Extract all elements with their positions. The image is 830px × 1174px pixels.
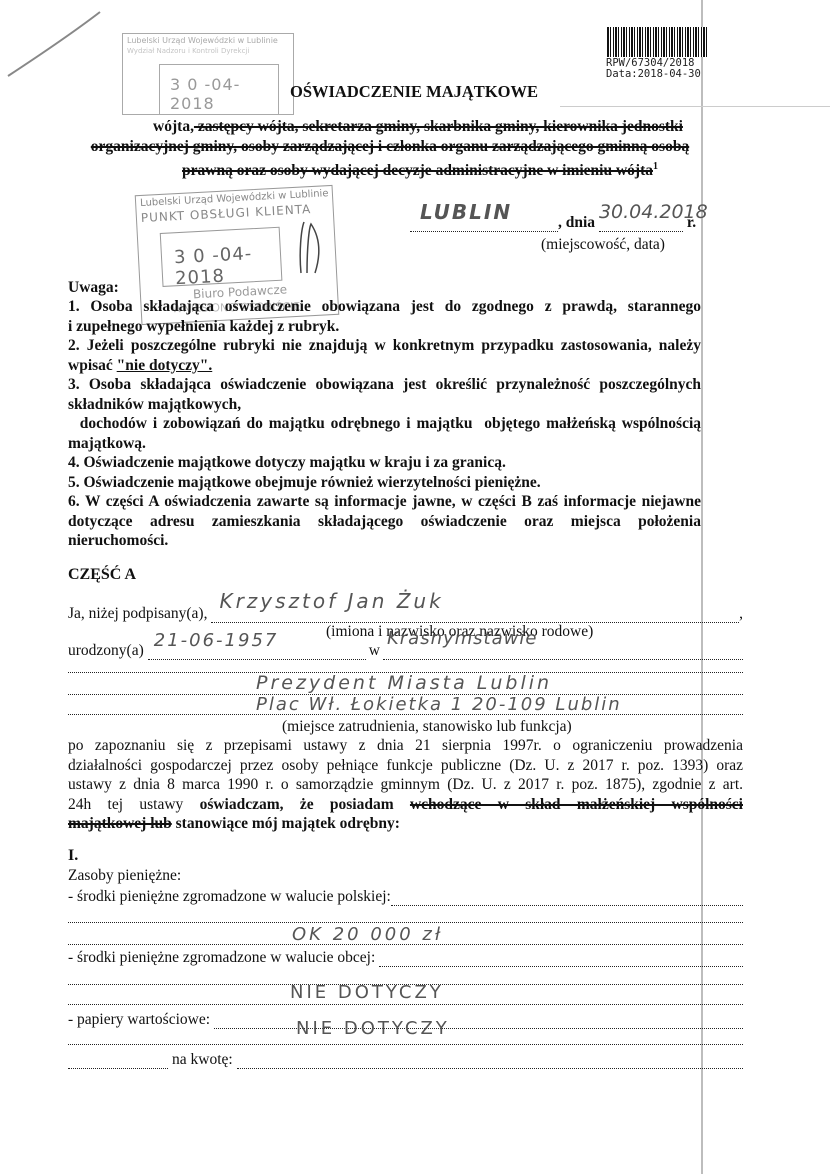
not-applicable-phrase: "nie dotyczy". [117,357,213,374]
notes-heading: Uwaga: [68,278,119,297]
name-label: Ja, niżej podpisany(a), [68,604,207,623]
note-1-line-2: i zupełnego wypełnienia każdej z rubryk. [68,317,701,337]
scan-artifact-line [560,106,830,107]
pln-field-2[interactable] [68,922,743,923]
place-field[interactable]: LUBLIN [410,213,558,232]
date-value: 30.04.2018 [599,203,708,222]
birth-row: urodzony(a) 21-06-1957 w Krasnymstawie [68,641,743,660]
note-2-line-1: 2. Jeżeli poszczególne rubryki nie znajd… [68,336,701,356]
notes-list: 1. Osoba składająca oświadczenie obowiąz… [68,297,701,551]
note-6-line-2: dotyczące adresu zamieszkania składające… [68,512,701,532]
securities-label: - papiery wartościowe: [68,1010,210,1029]
note-4: 4. Oświadczenie majątkowe dotyczy majątk… [68,453,701,473]
legal-line-2: działalności gospodarczej przez osoby pe… [68,756,743,776]
struck-marital-phrase-2: majątkowej lub [68,815,172,832]
stamp-date: 3 0 -04- 2018 [160,65,278,113]
foreign-currency-row: - środki pieniężne zgromadzone w walucie… [68,948,743,967]
note-5: 5. Oświadczenie majątkowe obejmuje równi… [68,473,701,493]
barcode-label: RPW/67304/2018 Data:2018-04-30 [606,58,701,80]
place-value: LUBLIN [420,203,512,222]
footnote-marker[interactable]: 1 [653,161,658,172]
amount-prefix-field[interactable] [68,1054,168,1069]
pln-row: - środki pieniężne zgromadzone w walucie… [68,887,743,906]
note-3-line-1: 3. Osoba składająca oświadczenie obowiąz… [68,375,701,395]
name-value: Krzysztof Jan Żuk [219,592,443,611]
amount-label: na kwotę: [172,1050,233,1069]
note-3-line-4: majątkową. [68,434,701,454]
cash-resources-heading: Zasoby pieniężne: [68,866,181,885]
registry-date: Data:2018-04-30 [606,69,701,80]
subtitle-struck-text-3: prawną oraz osoby wydającej decyzje admi… [182,162,653,179]
birth-date-label: urodzony(a) [68,641,144,660]
section-1-heading: I. [68,847,78,865]
handwritten-initials [295,218,335,278]
place-date-caption: (miejscowość, data) [541,235,665,254]
birth-date-value: 21-06-1957 [154,631,279,650]
note-6-line-1: 6. W części A oświadczenia zawarte są in… [68,492,701,512]
legal-line-1: po zapoznaniu się z przepisami ustawy z … [68,736,743,756]
barcode [607,27,707,57]
legal-line-4: 24h tej ustawy oświadczam, że posiadam w… [68,795,743,815]
stamp-date: 3 0 -04- 2018 [161,228,282,290]
note-3-line-3: dochodów i zobowiązań do majątku odrębne… [68,414,701,434]
subtitle-line-2: organizacyjnej gminy, osoby zarządzające… [60,137,720,156]
note-3-line-2: składników majątkowych, [68,395,701,415]
amount-row: na kwotę: [68,1050,743,1069]
foreign-currency-field-1[interactable] [379,952,743,967]
pln-label: - środki pieniężne zgromadzone w walucie… [68,887,391,906]
note-1-line-1: 1. Osoba składająca oświadczenie obowiąz… [68,297,701,317]
reception-stamp-top: Lubelski Urząd Wojewódzki w Lublinie Wyd… [122,33,294,115]
stamp-department-text: Wydział Nadzoru i Kontroli Dyrekcji [123,47,293,55]
foreign-currency-field-3[interactable] [68,1004,743,1005]
pln-value: OK 20 000 zł [292,924,443,945]
legal-line-5: majątkowej lub stanowiące mój majątek od… [68,814,743,834]
note-2-text: wpisać [68,357,117,374]
subtitle-line-3: prawną oraz osoby wydającej decyzje admi… [120,157,720,180]
securities-field-2[interactable] [68,1044,743,1045]
date-field[interactable]: 30.04.2018 [599,213,683,232]
name-field[interactable]: Krzysztof Jan Żuk [211,606,739,623]
pen-stroke-mark [0,0,110,90]
foreign-currency-value: NIE DOTYCZY [290,982,444,1003]
subtitle-kept-text: wójta, [153,118,194,135]
pln-field-1[interactable] [391,891,743,906]
part-a-heading: CZĘŚĆ A [68,566,136,584]
legal-line-3: ustawy z dnia 8 marca 1990 r. o samorząd… [68,775,743,795]
legal-line-4-text: 24h tej ustawy [68,796,200,813]
birth-place-label: w [369,641,380,660]
employment-value-2: Plac Wł. Łokietka 1 20-109 Lublin [256,694,622,715]
birth-place-field[interactable]: Krasnymstawie [383,643,743,660]
employment-caption: (miejsce zatrudnienia, stanowisko lub fu… [282,717,572,736]
date-label: , dnia [558,214,595,231]
amount-field[interactable] [237,1054,743,1069]
stamp-office-text: Lubelski Urząd Wojewódzki w Lublinie [123,34,293,47]
place-date-row: LUBLIN , dnia 30.04.2018 r. [410,213,696,232]
note-2-line-2: wpisać "nie dotyczy". [68,356,701,376]
birth-place-value: Krasnymstawie [387,629,537,648]
securities-field-1[interactable] [214,1014,743,1029]
separate-property-phrase: stanowiące mój majątek odrębny: [172,815,400,832]
struck-marital-phrase: wchodzące w skład małżeńskiej wspólności [410,796,743,813]
declaration-phrase: oświadczam, że posiadam [200,796,410,813]
subtitle-struck-text: zastępcy wójta, sekretarza gminy, skarbn… [194,118,683,135]
birth-date-field[interactable]: 21-06-1957 [148,643,366,660]
foreign-currency-label: - środki pieniężne zgromadzone w walucie… [68,948,375,967]
document-title: OŚWIADCZENIE MAJĄTKOWE [290,82,538,102]
note-6-line-3: nieruchomości. [68,531,701,551]
securities-value: NIE DOTYCZY [296,1018,450,1039]
name-row: Ja, niżej podpisany(a), Krzysztof Jan Żu… [68,604,743,623]
subtitle-line-1: wójta, zastępcy wójta, sekretarza gminy,… [118,117,718,136]
employment-value-1: Prezydent Miasta Lublin [256,672,552,694]
legal-statement: po zapoznaniu się z przepisami ustawy z … [68,736,743,834]
